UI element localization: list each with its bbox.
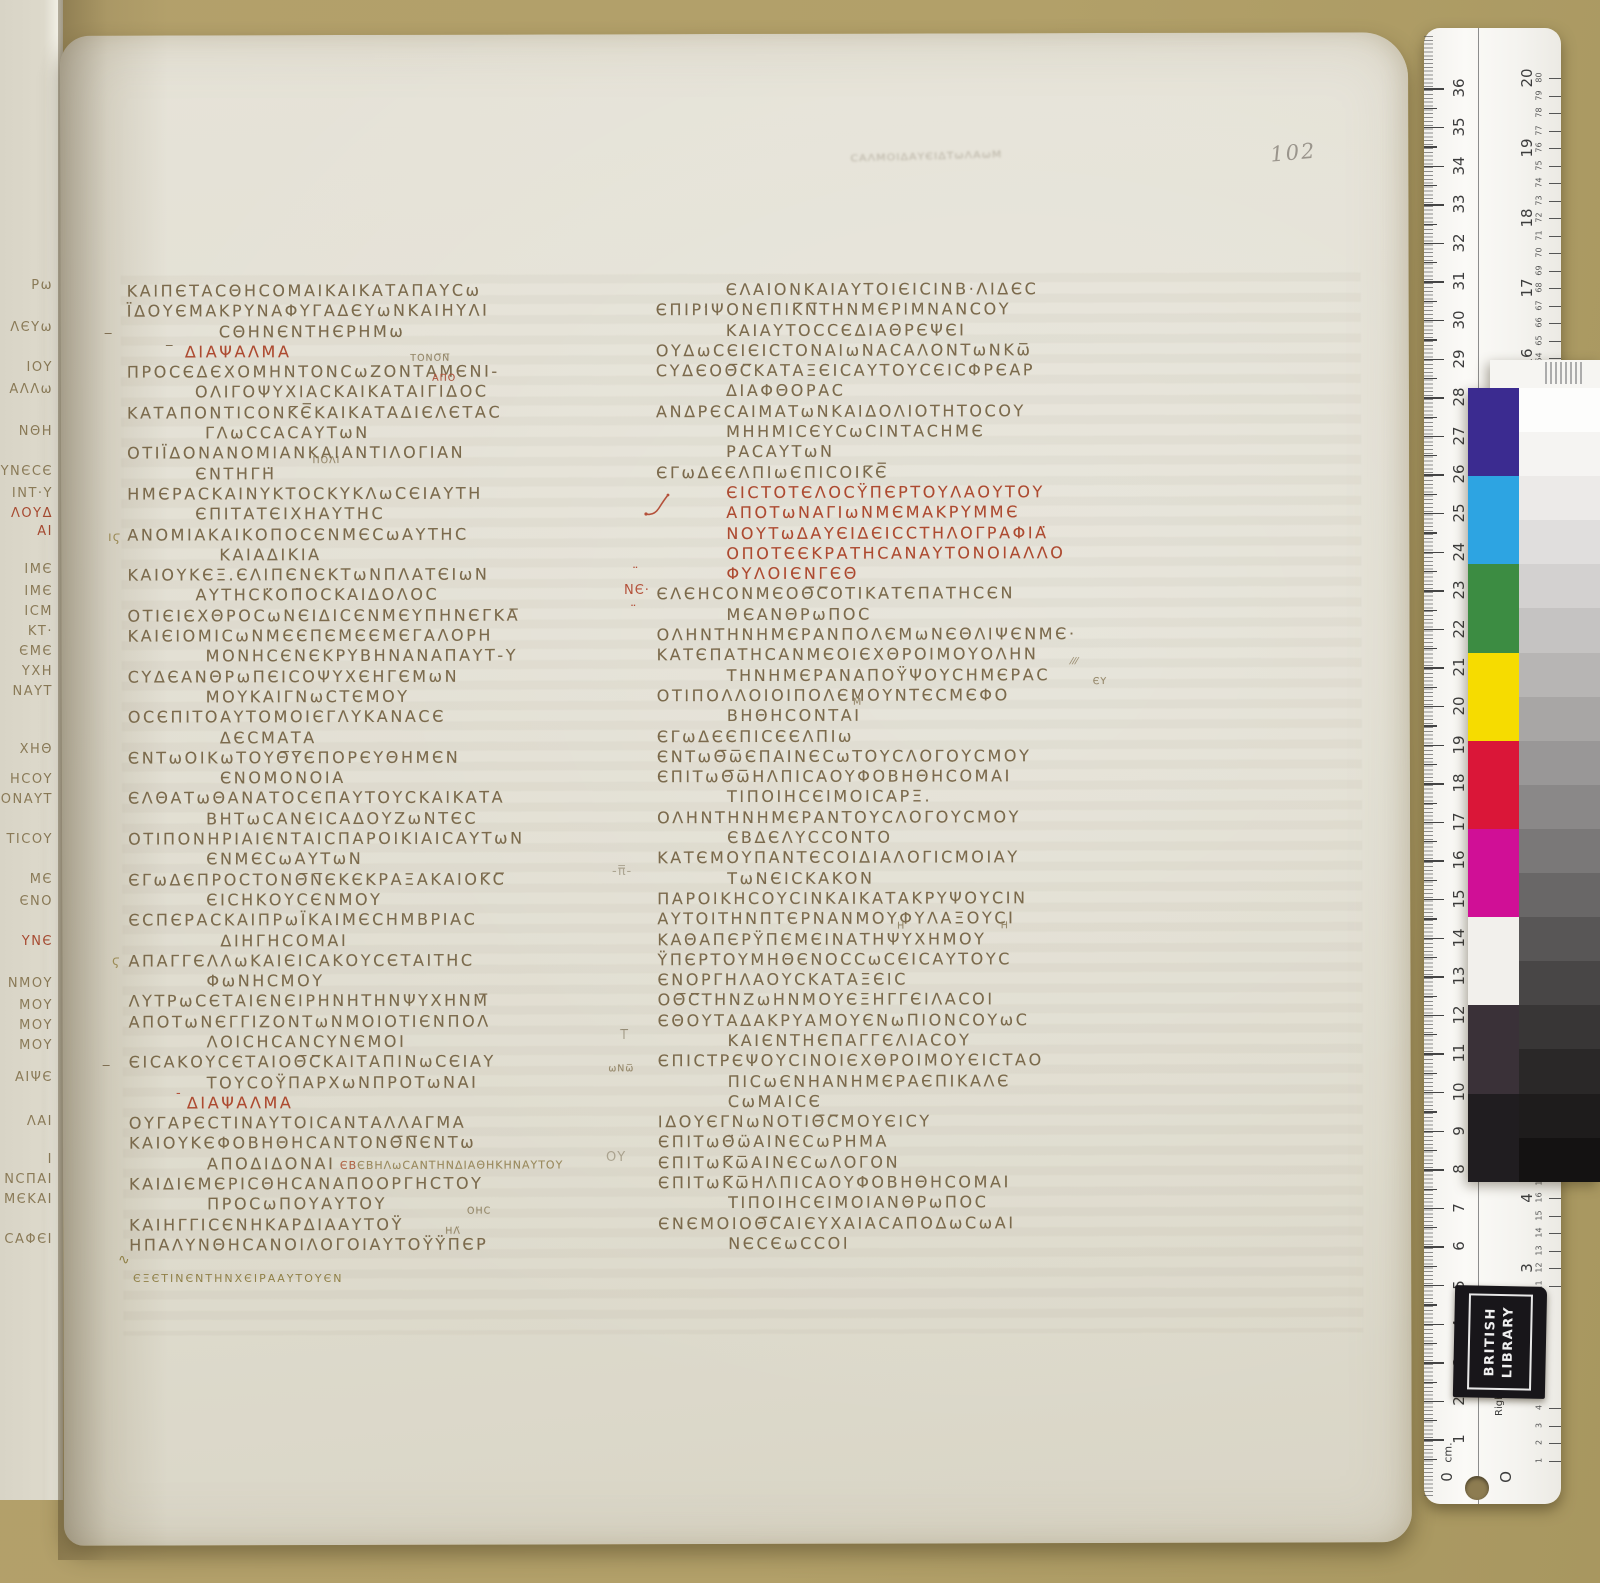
manuscript-line: ΚΑΙЄΝΤΗЄΠΑΓΓЄΛΙΑϹΟΥ (658, 1030, 1203, 1052)
color-calibration-chart (1468, 360, 1600, 1180)
ruler-half-tick (1424, 1073, 1437, 1074)
margin-mark: ‒ (104, 326, 113, 341)
facing-page-fragment: ЄΝΟ (19, 894, 53, 909)
ruler-cm-tick (1424, 552, 1444, 553)
ruler-cm-tick (1424, 166, 1444, 167)
manuscript-line: ЄΛΘΑΤωΘΑΝΑΤΟϹЄΠΑΥΤΟΥϹΚΑΙΚΑΤΑ (128, 788, 673, 810)
ruler-quarter-tick (1549, 1216, 1561, 1217)
ruler-quarter-tick (1549, 1461, 1561, 1462)
facing-page-fragment: ΙΟΥ (26, 360, 53, 375)
ruler-half-tick (1424, 918, 1437, 919)
manuscript-line: ΦΥΛΟΙЄΝΓЄΘ (656, 563, 1201, 585)
ruler-cm-number: 28 (1450, 386, 1468, 408)
ruler-half-tick (1424, 957, 1437, 958)
manuscript-line: ΚΑΤЄΠΑΤΗϹΑΝΜЄΟΙЄΧΘΡΟΙΜΟΥΟΛΗΝ (657, 644, 1202, 666)
margin-mark: ıϛ (108, 530, 121, 545)
ruler-half-tick (1424, 1343, 1437, 1344)
corrector-superscript: ΠΟΛΙ (312, 455, 340, 466)
manuscript-line: ΚΑΙΠЄΤΑϹΘΗϹΟΜΑΙΚΑΙΚΑΤΑΠΑΥϹω (127, 280, 672, 302)
manuscript-line: ΔΙΑΨΑΛΜΑ (127, 341, 672, 363)
ruler-cm-tick (1424, 1053, 1444, 1054)
facing-page-fragment: ϹΑΦЄΙ (4, 1232, 53, 1247)
manuscript-line: ΗΠΑΛΥΝΘΗϹΑΝΟΙΛΟΓΟΙΑΥΤΟΫΫΠЄΡΗΛ̈ (129, 1234, 674, 1256)
ruler-cm-tick (1424, 1015, 1444, 1016)
ruler-quarter-number: 75 (1535, 158, 1544, 172)
ruler-quarter-number: 68 (1535, 281, 1544, 295)
manuscript-line: ϹΥΔЄΟΘ̅Ϲ̅ΚΑΤΑΞЄΙϹΑΥΤΟΥϹЄΙϹΦΡЄΑΡ (656, 360, 1201, 382)
ruler-cm-number: 8 (1450, 1158, 1468, 1180)
manuscript-line: ΜΗΗΜΙϹЄΥϹωϹΙΝΤΑϹΗΜЄ (656, 421, 1201, 443)
ruler-quarter-number: 1 (1535, 1453, 1544, 1467)
color-patch (1468, 917, 1519, 1005)
facing-page-fragment: ΚΤ· (28, 624, 53, 639)
ruler-quarter-number: 76 (1535, 141, 1544, 155)
ruler-cm-tick (1424, 976, 1444, 977)
ruler-cm-number: 14 (1450, 927, 1468, 949)
facing-page-fragment: ΝΑΥΤ (13, 684, 54, 699)
ruler-cm-tick (1424, 706, 1444, 707)
facing-page-fragment: ΧΗΘ (20, 742, 53, 757)
manuscript-line: ЄΝΟΜΟΝΟΙΑ (128, 767, 673, 789)
ruler-cm-tick (1424, 1169, 1444, 1170)
facing-page-fragment: ΟΝΑΥΤ (1, 792, 53, 807)
ruler-cm-number: 22 (1450, 618, 1468, 640)
ruler-righe-number: 17 (1518, 277, 1536, 299)
corrector-superscript: ωΝω̅ (608, 1063, 634, 1074)
manuscript-line: ЄΠΙΤωΚ̅ω̅ΗΛΠΙϹΑΟΥΦΟΒΗΘΗϹΟΜΑΙ (658, 1172, 1203, 1194)
ruler-quarter-number: 80 (1535, 71, 1544, 85)
margin-mark: ΟΥ (606, 1150, 626, 1165)
facing-page-fragment: ΥΝЄϹЄ (1, 464, 53, 479)
ruler-quarter-tick (1549, 288, 1561, 289)
manuscript-line: ΚΑΙΟΥΚЄΦΟΒΗΘΗϹΑΝΤΟΝΘ̅Ν̅ЄΝΤω (129, 1133, 674, 1155)
corrector-superscript: ΗΛ̈ (445, 1226, 461, 1237)
ruler-quarter-number: 71 (1535, 228, 1544, 242)
manuscript-line: ΦωΝΗϹΜΟΥ (128, 970, 673, 992)
ruler-quarter-tick (1549, 1198, 1561, 1199)
ruler-zero-left: 0 (1438, 1472, 1456, 1482)
grayscale-wedge-column (1519, 388, 1600, 1182)
ruler-righe-number: 18 (1518, 207, 1536, 229)
facing-page-fragment: ΥΧΗ (22, 664, 53, 679)
ruler-quarter-tick (1549, 113, 1561, 114)
manuscript-line: ΚΑΘΑΠЄΡΫΠЄΜЄΙΝΑΤΗΨΥΧΗΜΟΥΗΗ (657, 928, 1202, 950)
gray-step-patch (1519, 873, 1600, 917)
manuscript-line: ЄΠΙϹΤΡЄΨΟΥϹΙΝΟΙЄΧΘΡΟΙΜΟΥЄΙϹΤΑΟ (658, 1050, 1203, 1072)
gray-step-patch (1519, 741, 1600, 785)
manuscript-line: ΟΥΔωϹЄΙЄΙϹΤΟΝΑΙωΝΑϹΑΛΟΝΤωΝΚω̅ (656, 340, 1201, 362)
ruler-half-tick (1424, 301, 1437, 302)
facing-page-fragment: ΜΟΥ (19, 1038, 53, 1053)
british-library-label: BRITISH LIBRARY (1467, 1293, 1533, 1390)
manuscript-line: ΤωΝЄΙϹΚΑΚΟΝ (657, 867, 1202, 889)
ruler-quarter-tick (1549, 323, 1561, 324)
margin-mark: ϛ (112, 954, 121, 969)
footnote-squiggle: ∿ (118, 1252, 130, 1268)
facing-page-fragment: ΛΑΙ (27, 1114, 53, 1129)
manuscript-line: ΟΤΙΠΟΝΗΡΙΑΙЄΝΤΑΙϹΠΑΡΟΙΚΙΑΙϹΑΥΤωΝ (128, 828, 673, 850)
ruler-quarter-number: 16 (1535, 1191, 1544, 1205)
manuscript-line: ΚΑΙΑΔΙΚΙΑ (127, 544, 672, 566)
ruler-cm-tick (1424, 938, 1444, 939)
manuscript-line: ЄΓωΔЄЄΠΙϹЄЄΛΠΙω (657, 725, 1202, 747)
manuscript-line: ΤΗΝΗΜЄΡΑΝΑΠΟΫΨΟΥϹΗΜЄΡΑϹ⁄⁄⁄ (657, 664, 1202, 686)
corrector-superscript: ЄΥ (1093, 676, 1107, 687)
manuscript-line: ΙΔΟΥЄΓΝωΝΟΤΙΘ̅Ϲ̅ΜΟΥЄΙϹΥ (658, 1111, 1203, 1133)
ruler-quarter-number: 4 (1535, 1401, 1544, 1415)
ruler-quarter-number: 3 (1535, 1418, 1544, 1432)
ruler-cm-number: 17 (1450, 811, 1468, 833)
ruler-quarter-tick (1549, 131, 1561, 132)
gray-step-patch (1519, 476, 1600, 520)
gray-step-patch (1519, 564, 1600, 608)
ruler-cm-number: 27 (1450, 425, 1468, 447)
color-patch (1468, 741, 1519, 829)
ruler-quarter-tick (1549, 1443, 1561, 1444)
manuscript-line: ΫΠЄΡΤΟΥΜΗΘЄΝΟϹϹωϹЄΙϹΑΥΤΟΥϹ (657, 949, 1202, 971)
ruler-half-tick (1424, 841, 1437, 842)
ruler-cm-number: 19 (1450, 734, 1468, 756)
facing-page-fragment: ΝΘΗ (19, 424, 53, 439)
ruler-cm-tick (1424, 1246, 1444, 1247)
manuscript-line: ΟΘ̅Ϲ̅ΤΗΝΖωΗΝΜΟΥЄΞΗΓΓЄΙΛΑϹΟΙ (658, 989, 1203, 1011)
manuscript-line: ЄΠΙΤωΚ̅ω̅ΑΙΝЄϹωΛΟΓΟΝ (658, 1152, 1203, 1174)
manuscript-line: ΠΑΡΟΙΚΗϹΟΥϹΙΝΚΑΙΚΑΤΑΚΡΥΨΟΥϹΙΝ (657, 888, 1202, 910)
ruler-quarter-number: 69 (1535, 263, 1544, 277)
manuscript-line: ΜΟΥΚΑΙΓΝωϹΤЄΜΟΥ (128, 686, 673, 708)
manuscript-line: ЄΝΟΡΓΗΛΑΟΥϹΚΑΤΑΞЄΙϹ (657, 969, 1202, 991)
manuscript-line: ЄΒΔЄΛΥϹϹΟΝΤΟ (657, 827, 1202, 849)
facing-page-fragment: ΥΝЄ (22, 934, 53, 949)
gray-step-patch (1519, 1138, 1600, 1182)
ruler-righe-number: 20 (1518, 67, 1536, 89)
manuscript-line: ΠΙϹωЄΝΗΑΝΗΜЄΡΑЄΠΙΚΑΛЄ (658, 1070, 1203, 1092)
manuscript-line: ΛΥΤΡωϹЄΤΑΙЄΝЄΙΡΗΝΗΤΗΝΨΥΧΗΝΜ̅ (129, 991, 674, 1013)
ruler-quarter-tick (1549, 78, 1561, 79)
manuscript-line: ЄϹΠЄΡΑϹΚΑΙΠΡωΪΚΑΙΜЄϹΗΜΒΡΙΑϹ (128, 909, 673, 931)
ruler-quarter-number: 74 (1535, 176, 1544, 190)
margin-mark: ¨ (632, 566, 640, 581)
facing-page-fragment: ΙΝΤ·Υ (12, 486, 53, 501)
ruler-half-tick (1424, 1459, 1437, 1460)
ruler-cm-tick (1424, 629, 1444, 630)
manuscript-line: ЄΙϹΤΟΤЄΛΟϹΫΠЄΡΤΟΥΛΑΟΥΤΟΥ (656, 482, 1201, 504)
manuscript-line: ΛΟΙϹΗϹΑΝϹΥΝЄΜΟΙ (129, 1031, 674, 1053)
gray-step-patch (1519, 917, 1600, 961)
gray-step-patch (1519, 1094, 1600, 1138)
corrector-superscript: Η (1001, 920, 1009, 931)
ruler-half-tick (1424, 224, 1437, 225)
manuscript-line: ΜΟΝΗϹЄΝЄΚΡΥΒΗΝΑΝΑΠΑΥΤ-Υ (128, 646, 673, 668)
ruler-half-tick (1424, 532, 1437, 533)
manuscript-line: ϹΥΔЄΑΝΘΡωΠЄΙϹΟΨΥΧЄΗΓЄΜωΝ (128, 666, 673, 688)
ruler-quarter-tick (1549, 341, 1561, 342)
corrector-superscript: Η (897, 920, 905, 931)
ruler-cm-tick (1424, 243, 1444, 244)
ruler-half-tick (1424, 339, 1437, 340)
manuscript-line: ΑΝΔΡЄϹΑΙΜΑΤωΝΚΑΙΔΟΛΙΟΤΗΤΟϹΟΥ (656, 401, 1201, 423)
margin-mark: ΝЄ· (624, 583, 650, 598)
margin-mark: ‾ (166, 344, 174, 359)
manuscript-line: ЄΘΟΥΤΑΔΑΚΡΥΑΜΟΥЄΝωΠΙΟΝϹΟΥωϹ (658, 1009, 1203, 1031)
ruler-righe-number: 3 (1518, 1257, 1536, 1279)
ruler-cm-number: 7 (1450, 1197, 1468, 1219)
ruler-mm-ticks (1424, 36, 1433, 1496)
ruler-half-tick (1424, 1189, 1437, 1190)
ruler-quarter-tick (1549, 253, 1561, 254)
facing-page-fragment: ΜΟΥ (19, 998, 53, 1013)
manuscript-line: ΒΗΤωϹΑΝЄΙϹΑΔΟΥΖωΝΤЄϹ (128, 808, 673, 830)
manuscript-line: ΟΥΓΑΡЄϹΤΙΝΑΥΤΟΙϹΑΝΤΑΛΛΑΓΜΑ (129, 1112, 674, 1134)
ruler-quarter-number: 12 (1535, 1261, 1544, 1275)
manuscript-line: ΔΙΗΓΗϹΟΜΑΙ (128, 930, 673, 952)
coronis-mark (642, 488, 676, 522)
gray-step-patch (1519, 785, 1600, 829)
ruler-half-tick (1424, 764, 1437, 765)
ruler-quarter-tick (1549, 218, 1561, 219)
ruler-cm-number: 33 (1450, 193, 1468, 215)
manuscript-line: ЄΝΤΗΓΗ̈ΠΟΛΙ (127, 463, 672, 485)
manuscript-line: ΟΤΙЄΙЄΧΘΡΟϹωΝЄΙΔΙϹЄΝΜЄΥΠΗΝЄΓΚΑ̅ (128, 605, 673, 627)
facing-page-fragment: ΗϹΟΥ (10, 772, 53, 787)
gray-step-patch (1519, 432, 1600, 476)
ruler-half-tick (1424, 1420, 1437, 1421)
ruler-half-tick (1424, 880, 1437, 881)
facing-page-fragment: ΜΟΥ (19, 1018, 53, 1033)
ruler-cm-tick (1424, 127, 1444, 128)
color-patch (1468, 653, 1519, 741)
manuscript-line: ЄΠΙΡΙ̒ΨΟΝЄΠΙΚ̅Ν̅ΤΗΝΜЄΡΙΜΝΑΝϹΟΥ (656, 299, 1201, 321)
ruler-cm-tick (1424, 1362, 1444, 1363)
ruler-quarter-number: 78 (1535, 106, 1544, 120)
ruler-cm-tick (1424, 590, 1444, 591)
ruler-cm-tick (1424, 1208, 1444, 1209)
manuscript-line: ϹΘΗΝЄΝΤΗЄΡΗΜω (127, 321, 672, 343)
facing-page-fragment: ΙΜЄ (24, 584, 53, 599)
color-patch-column (1468, 388, 1519, 1182)
manuscript-line: ΑΠΑΓΓЄΛΛωΚΑΙЄΙϹΑΚΟΥϹЄΤΑΙΤΗϹ (128, 950, 673, 972)
manuscript-line: ΑΠΟΤωΝΑΓΙωΝΜЄΜΑΚΡΥΜΜЄ (656, 502, 1201, 524)
chart-barcode (1545, 362, 1585, 384)
ruler-quarter-tick (1549, 306, 1561, 307)
manuscript-line: ΑΝΟΜΙΑΚΑΙΚΟΠΟϹЄΝΜЄϹωΑΥΤΗϹ (127, 524, 672, 546)
ruler-half-tick (1424, 571, 1437, 572)
manuscript-line: ΠΡΟϹωΠΟΥΑΥΤΟΥ (129, 1194, 674, 1216)
ruler-cm-tick (1424, 1401, 1444, 1402)
ruler-half-tick (1424, 455, 1437, 456)
text-column-right: ЄΛΑΙΟΝΚΑΙΑΥΤΟΙЄΙϹΙΝΒ·ΛΙΔЄϹЄΠΙΡΙ̒ΨΟΝЄΠΙΚ̅… (656, 279, 1204, 1255)
manuscript-line: ΤΙΠΟΙΗϹЄΙΜΟΙΑΝΘΡωΠΟϹ (658, 1192, 1203, 1214)
corrector-superscript: Μ (853, 697, 862, 708)
ruler-cm-number: 21 (1450, 656, 1468, 678)
ruler-quarter-number: 70 (1535, 246, 1544, 260)
ruler-half-tick (1424, 1150, 1437, 1151)
library-label-line2: LIBRARY (1499, 1306, 1518, 1379)
manuscript-line: ϹωΜΑΙϹЄ (658, 1091, 1203, 1113)
gray-step-patch (1519, 1005, 1600, 1049)
manuscript-line: ЄΓωΔЄΠΡΟϹΤΟΝΘ̅Ν̅ЄΚЄΚΡΑΞΑΚΑΙΟΚ̅Ϲ̅ (128, 869, 673, 891)
ruler-cm-number: 10 (1450, 1081, 1468, 1103)
facing-page-fragment: ΤΙϹΟΥ (6, 832, 53, 847)
manuscript-line: ΔΙΑΨΑΛΜΑ (129, 1092, 674, 1114)
ruler-cm-number: 25 (1450, 502, 1468, 524)
folio-number: 102 (1269, 139, 1317, 167)
ruler-quarter-number: 15 (1535, 1208, 1544, 1222)
ruler-quarter-tick (1549, 358, 1561, 359)
gray-step-patch (1519, 961, 1600, 1005)
library-label-line1: BRITISH (1482, 1307, 1501, 1377)
ruler-quarter-tick (1549, 1233, 1561, 1234)
ruler-cm-number: 36 (1450, 77, 1468, 99)
gray-step-patch (1519, 1049, 1600, 1093)
ruler-cm-number: 6 (1450, 1235, 1468, 1257)
ruler-quarter-tick (1549, 148, 1561, 149)
ruler-quarter-tick (1549, 96, 1561, 97)
ruler-half-tick (1424, 996, 1437, 997)
ruler-half-tick (1424, 610, 1437, 611)
ruler-quarter-tick (1549, 236, 1561, 237)
margin-mark: -π̅- (612, 864, 632, 879)
manuscript-line: ЄΛЄΗϹΟΝΜЄΟΘ̅Ϲ̅ΟΤΙΚΑΤЄΠΑΤΗϹЄΝ (656, 583, 1201, 605)
ruler-cm-tick (1424, 1439, 1444, 1440)
facing-page-fragment: ΜЄ (30, 872, 53, 887)
facing-page-fragment: ΜЄΚΑΙ (4, 1192, 53, 1207)
margin-mark: ‐ (176, 1086, 182, 1101)
corrector-superscript: ΑΠΟ (432, 373, 456, 384)
ruler-cm-tick (1424, 397, 1444, 398)
ruler-cm-number: 29 (1450, 348, 1468, 370)
ruler-cm-number: 20 (1450, 695, 1468, 717)
manuscript-line: ΚΑΙЄΙΟΜΙϹωΝΜЄЄΠЄΜЄЄΜЄΓΑΛΟΡΗ (128, 625, 673, 647)
ruler-cm-tick (1424, 822, 1444, 823)
corrector-superscript: ⁄⁄⁄ (1071, 656, 1079, 667)
ruler-cm-tick (1424, 359, 1444, 360)
ruler-cm-tick (1424, 320, 1444, 321)
ruler-quarter-number: 73 (1535, 193, 1544, 207)
manuscript-line: ЄΠΙΤωΘ̈ω̈ΑΙΝЄϹωΡΗΜΑ (658, 1131, 1203, 1153)
ruler-quarter-tick (1549, 183, 1561, 184)
manuscript-line: ΟΛΙΓΟΨΥΧΙΑϹΚΑΙΚΑΤΑΙΓΙΔΟϹΑΠΟ (127, 382, 672, 404)
ruler-quarter-tick (1549, 1426, 1561, 1427)
ruler-quarter-tick (1549, 166, 1561, 167)
ruler-half-tick (1424, 262, 1437, 263)
ruler-cm-tick (1424, 783, 1444, 784)
ruler-cm-number: 18 (1450, 772, 1468, 794)
manuscript-line: ΝΟΥΤωΔΑΥЄΙΔЄΙϹϹΤΗΛΟΓΡΑΦΙΑ̈ (656, 522, 1201, 544)
margin-mark: ¨ (630, 604, 638, 619)
ruler-cm-number: 16 (1450, 849, 1468, 871)
manuscript-line: ΜЄΑΝΘΡωΠΟϹ (657, 604, 1202, 626)
corrector-superscript: ΤΟΝΟ̅Ν̅ (410, 353, 450, 364)
facing-page-fragment: ΝΜΟΥ (8, 976, 53, 991)
text-column-left: ΚΑΙΠЄΤΑϹΘΗϹΟΜΑΙΚΑΙΚΑΤΑΠΑΥϹωΪΔΟΥЄΜΑΚΡΥΝΑΦ… (127, 280, 675, 1256)
ruler-quarter-tick (1549, 271, 1561, 272)
facing-page-fragment: ΝϹΠΑΙ (4, 1172, 53, 1187)
manuscript-line: ΒΗΘΗϹΟΝΤΑΙΜ (657, 705, 1202, 727)
manuscript-line: ΠΡΟϹЄΔЄΧΟΜΗΝΤΟΝϹωΖΟΝΤΑΜЄΝΙ-ΤΟΝΟ̅Ν̅ (127, 361, 672, 383)
ruler-cm-tick (1424, 204, 1444, 205)
gray-step-patch (1519, 388, 1600, 432)
ruler-cm-tick (1424, 88, 1444, 89)
manuscript-line: ΪΔΟΥЄΜΑΚΡΥΝΑΦΥΓΑΔЄΥωΝΚΑΙΗΥΛΙ (127, 300, 672, 322)
ruler-half-tick (1424, 1034, 1437, 1035)
manuscript-line: ЄΝΤωΘ̅ω̅ЄΠΑΙΝЄϹωΤΟΥϹΛΟΓΟΥϹΜΟΥ (657, 746, 1202, 768)
manuscript-line: ΤΙΠΟΙΗϹЄΙΜΟΙϹΑΡΞ. (657, 786, 1202, 808)
manuscript-line: ЄΝΜЄϹωΑΥΤωΝ (128, 848, 673, 870)
facing-page-fragment: Ρω (31, 278, 53, 293)
ruler-cm-tick (1424, 281, 1444, 282)
chart-backing-strip (1490, 360, 1600, 390)
manuscript-line: ЄΙϹΑΚΟΥϹЄΤΑΙΟΘ̅Ϲ̅ΚΑΙΤΑΠΙΝωϹЄΙΑΥ (129, 1051, 674, 1073)
ruler-half-tick (1424, 378, 1437, 379)
ruler-quarter-number: 14 (1535, 1226, 1544, 1240)
manuscript-line: ЄΝΤωΟΙΚωΤΟΥΘ̅Υ̅ЄΠΟΡЄΥΘΗΜЄΝ (128, 747, 673, 769)
ruler-cm-tick (1424, 899, 1444, 900)
ruler-righe-number: 19 (1518, 137, 1536, 159)
ruler-half-tick (1424, 108, 1437, 109)
facing-page-fragment: Ι (48, 1152, 53, 1167)
ruler-half-tick (1424, 1227, 1437, 1228)
manuscript-line: ΝЄϹЄωϹϹΟΙ (658, 1233, 1203, 1255)
ruler-quarter-tick (1549, 1408, 1561, 1409)
facing-page-fragment: ΙΜЄ (24, 562, 53, 577)
manuscript-line: ΑΠΟΔΙΔΟΝΑΙ ЄΒЄΒΗΛωϹΑΝΤΗΝΔΙΑΘΗΚΗΝΑΥΤΟΥ (129, 1153, 674, 1175)
color-patch (1468, 476, 1519, 564)
ruler-cm-number: 12 (1450, 1004, 1468, 1026)
ruler-half-tick (1424, 146, 1437, 147)
ruler-zero-right: O (1497, 1471, 1515, 1483)
ruler-cm-tick (1424, 1092, 1444, 1093)
manuscript-line: ΔЄϹΜΑΤΑ (128, 727, 673, 749)
ruler-cm-tick (1424, 745, 1444, 746)
ruler-cm-number: 13 (1450, 965, 1468, 987)
manuscript-line: ΚΑΙΑΥΤΟϹϹЄΔΙΑΘΡЄΨЄΙ (656, 319, 1201, 341)
ruler-half-tick (1424, 1266, 1437, 1267)
color-patch (1468, 388, 1519, 476)
ruler-cm-number: 11 (1450, 1042, 1468, 1064)
color-patch (1468, 1005, 1519, 1093)
corrector-addition: ЄΒЄΒΗΛωϹΑΝΤΗΝΔΙΑΘΗΚΗΝΑΥΤΟΥ (335, 1158, 563, 1172)
manuscript-line: ΚΑΤЄΜΟΥΠΑΝΤЄϹΟΙΔΙΑΛΟΓΙϹΜΟΙΑΥ (657, 847, 1202, 869)
facing-page-fragment: ΛЄΥω (10, 320, 53, 335)
ruler-cm-number: 23 (1450, 579, 1468, 601)
ruler-half-tick (1424, 185, 1437, 186)
manuscript-line: ΑΥΤΟΙΤΗΝΠΤЄΡΝΑΝΜΟΥΦΥΛΑΞΟΥϹΙ (657, 908, 1202, 930)
manuscript-line: ΚΑΤΑΠΟΝΤΙϹΟΝΚ̅Є̅ΚΑΙΚΑΤΑΔΙЄΛЄΤΑϹ (127, 402, 672, 424)
margin-mark: ‒ (102, 1058, 111, 1073)
color-patch (1468, 829, 1519, 917)
gray-step-patch (1519, 520, 1600, 564)
gray-step-patch (1519, 653, 1600, 697)
ruler-cm-tick (1424, 1324, 1444, 1325)
color-patch (1468, 1094, 1519, 1182)
manuscript-line: ΚΑΙΟΥΚЄΞ.ЄΛΙΠЄΝЄΚΤωΝΠΛΑΤЄΙωΝ (127, 564, 672, 586)
ruler-half-tick (1424, 1382, 1437, 1383)
british-library-tag: BRITISH LIBRARY (1453, 1285, 1547, 1399)
ruler-cm-tick (1424, 860, 1444, 861)
ruler-half-tick (1424, 494, 1437, 495)
ruler-quarter-number: 65 (1535, 333, 1544, 347)
manuscript-line: ΑΠΟΤωΝЄΓΓΙΖΟΝΤωΝΜΟΙΟΤΙЄΝΠΟΛ (129, 1011, 674, 1033)
ruler-quarter-tick (1549, 201, 1561, 202)
ruler-cm-tick (1424, 1285, 1444, 1286)
manuscript-line: ЄΠΙΤωΘ̅ω̅ΗΛΠΙϹΑΟΥΦΟΒΗΘΗϹΟΜΑΙ (657, 766, 1202, 788)
ruler-cm-label: cm. (1442, 1442, 1455, 1462)
manuscript-line: ΗΜЄΡΑϹΚΑΙΝΥΚΤΟϹΚΥΚΛωϹЄΙΑΥΤΗ (127, 483, 672, 505)
manuscript-line: ΚΑΙΗΓΓΙϹЄΝΗΚΑΡΔΙΑΑΥΤΟΫΟΗϹ (129, 1214, 674, 1236)
facing-page-edge: ΡωΛЄΥωΙΟΥΑΛΛωΝΘΗΥΝЄϹЄΙΝΤ·ΥΛΟΥΔΑΙΙΜЄΙΜЄΙϹ… (0, 0, 63, 1500)
ruler-cm-tick (1424, 513, 1444, 514)
